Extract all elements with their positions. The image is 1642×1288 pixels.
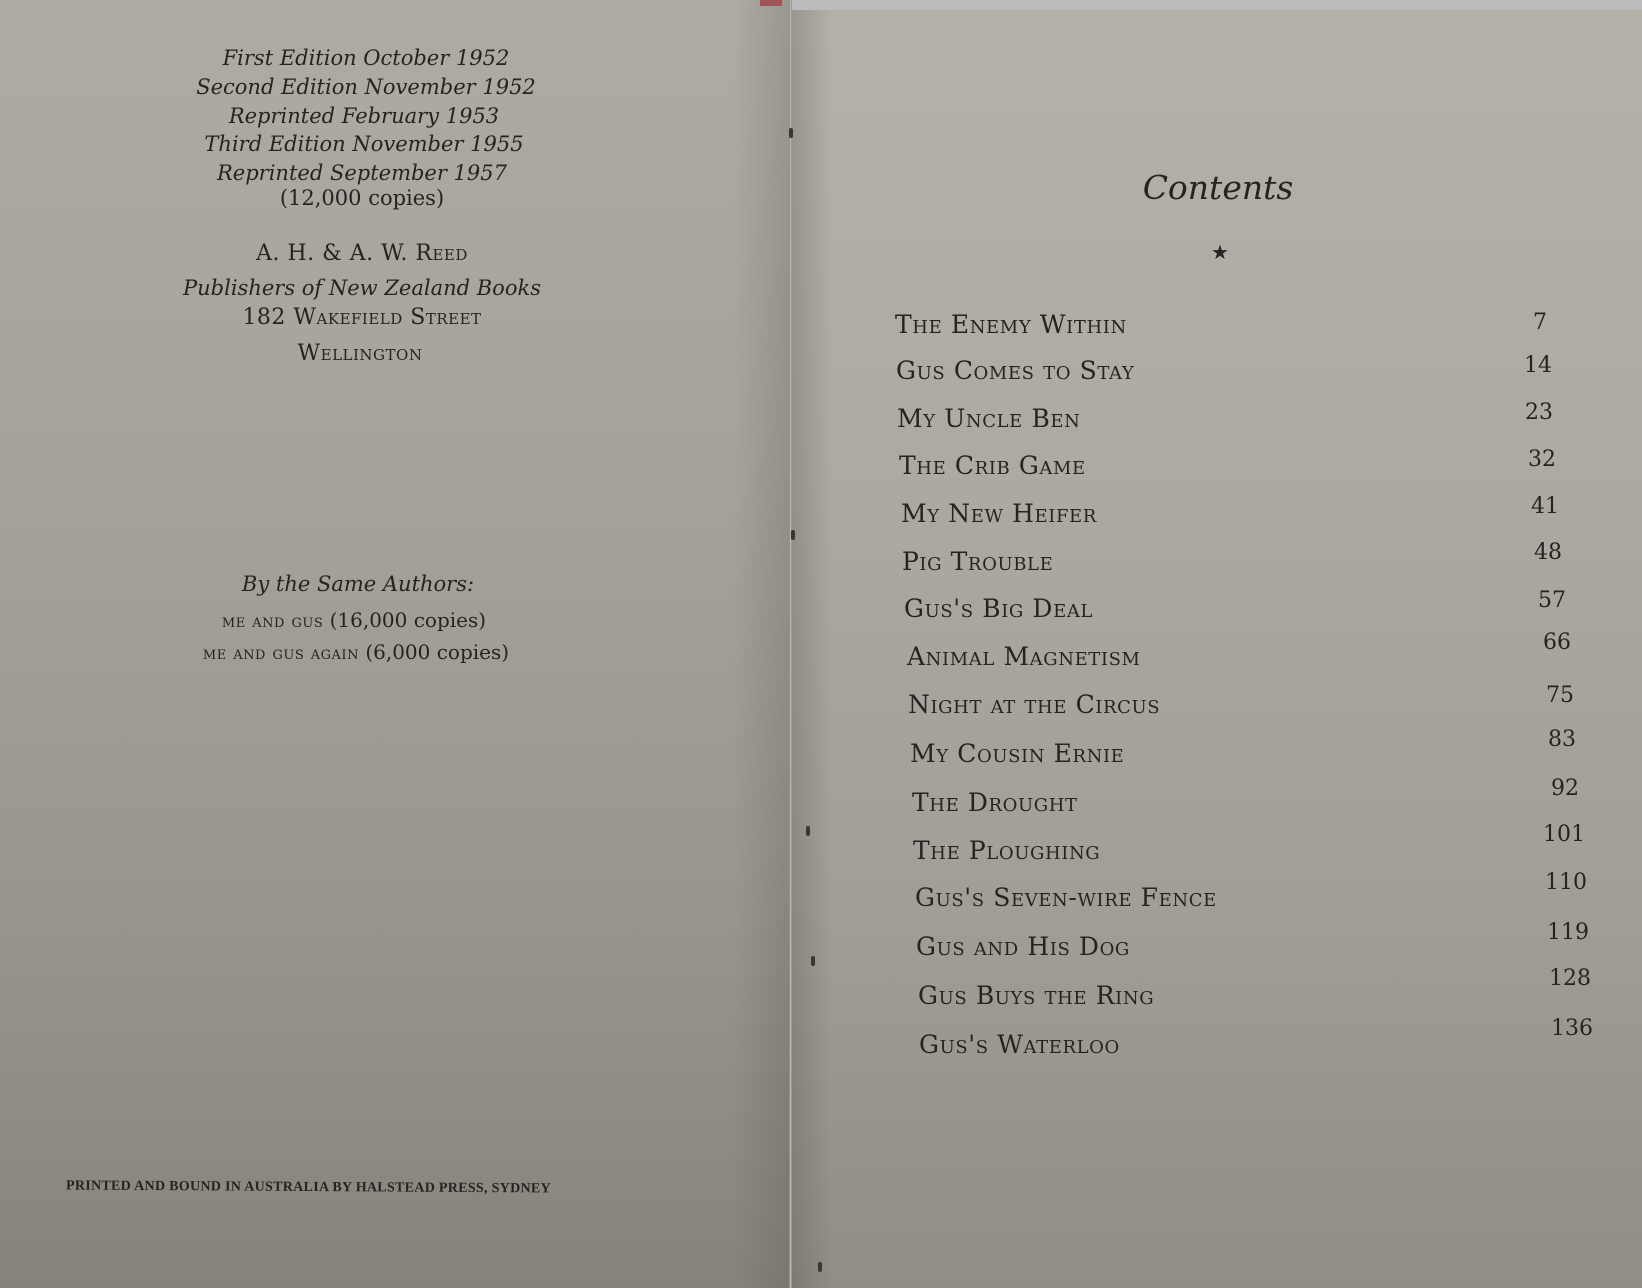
book-spine (789, 0, 792, 1288)
publisher-tagline: Publishers of New Zealand Books (183, 276, 541, 300)
toc-title: My New Heifer (901, 499, 1097, 528)
toc-title: Gus's Seven-wire Fence (915, 883, 1217, 912)
same-authors-heading: By the Same Authors: (242, 572, 474, 596)
toc-page-number: 23 (1509, 400, 1569, 425)
publisher-city: Wellington (298, 338, 423, 370)
publisher-name: A. H. & A. W. Reed (256, 238, 468, 270)
publisher-street: 182 Wakefield Street (242, 302, 481, 334)
binding-stitch (791, 530, 795, 540)
toc-title: Gus's Big Deal (904, 594, 1093, 623)
toc-title: My Cousin Ernie (910, 739, 1124, 768)
toc-page-number: 128 (1540, 966, 1600, 991)
toc-page-number: 75 (1530, 683, 1590, 708)
book-copies: (6,000 copies) (365, 640, 509, 664)
cover-edge (760, 0, 782, 6)
toc-title: Pig Trouble (902, 547, 1053, 576)
toc-title: The Drought (912, 788, 1078, 817)
toc-page-number: 41 (1515, 494, 1575, 519)
toc-title: Animal Magnetism (907, 642, 1141, 671)
book-spread: First Edition October 1952 Second Editio… (0, 0, 1642, 1288)
binding-stitch (806, 826, 810, 836)
toc-page-number: 101 (1534, 822, 1594, 847)
right-page: Contents ★ The Enemy Within 7 Gus Comes … (792, 10, 1642, 1288)
toc-title: Gus Buys the Ring (918, 981, 1154, 1010)
imprint-line: Reprinted February 1953 (229, 102, 499, 130)
imprint-line: Reprinted September 1957 (217, 159, 507, 187)
toc-title: Gus and His Dog (916, 932, 1130, 961)
toc-title: Night at the Circus (908, 690, 1160, 719)
imprint-line: Third Edition November 1955 (204, 130, 523, 158)
toc-title: The Crib Game (899, 451, 1086, 480)
contents-title: Contents (1143, 168, 1294, 207)
imprint-line: Second Edition November 1952 (196, 73, 536, 101)
binding-stitch (818, 1262, 822, 1272)
book-list-item: ME AND GUS AGAIN (6,000 copies) (203, 640, 509, 664)
toc-page-number: 7 (1510, 310, 1570, 335)
toc-title: Gus Comes to Stay (896, 356, 1134, 385)
toc-page-number: 119 (1538, 920, 1598, 945)
star-icon: ★ (1211, 240, 1229, 264)
book-copies: (16,000 copies) (330, 608, 486, 632)
toc-title: The Ploughing (913, 836, 1100, 865)
binding-stitch (789, 128, 793, 138)
book-title: ME AND GUS AGAIN (203, 642, 359, 664)
toc-page-number: 110 (1536, 870, 1596, 895)
toc-title: Gus's Waterloo (919, 1030, 1120, 1059)
print-run: (12,000 copies) (280, 184, 444, 212)
printer-footer: PRINTED AND BOUND IN AUSTRALIA BY HALSTE… (66, 1179, 551, 1198)
toc-title: My Uncle Ben (897, 404, 1081, 433)
toc-page-number: 32 (1512, 447, 1572, 472)
toc-page-number: 136 (1542, 1016, 1602, 1041)
toc-page-number: 57 (1522, 588, 1582, 613)
toc-page-number: 14 (1508, 353, 1568, 378)
toc-page-number: 83 (1532, 727, 1592, 752)
imprint-line: First Edition October 1952 (223, 44, 510, 72)
left-page: First Edition October 1952 Second Editio… (0, 0, 792, 1288)
toc-page-number: 48 (1518, 540, 1578, 565)
toc-page-number: 92 (1535, 776, 1595, 801)
book-list-item: ME AND GUS (16,000 copies) (222, 608, 486, 632)
book-title: ME AND GUS (222, 610, 323, 632)
toc-title: The Enemy Within (895, 310, 1127, 339)
toc-page-number: 66 (1527, 630, 1587, 655)
binding-stitch (811, 956, 815, 966)
